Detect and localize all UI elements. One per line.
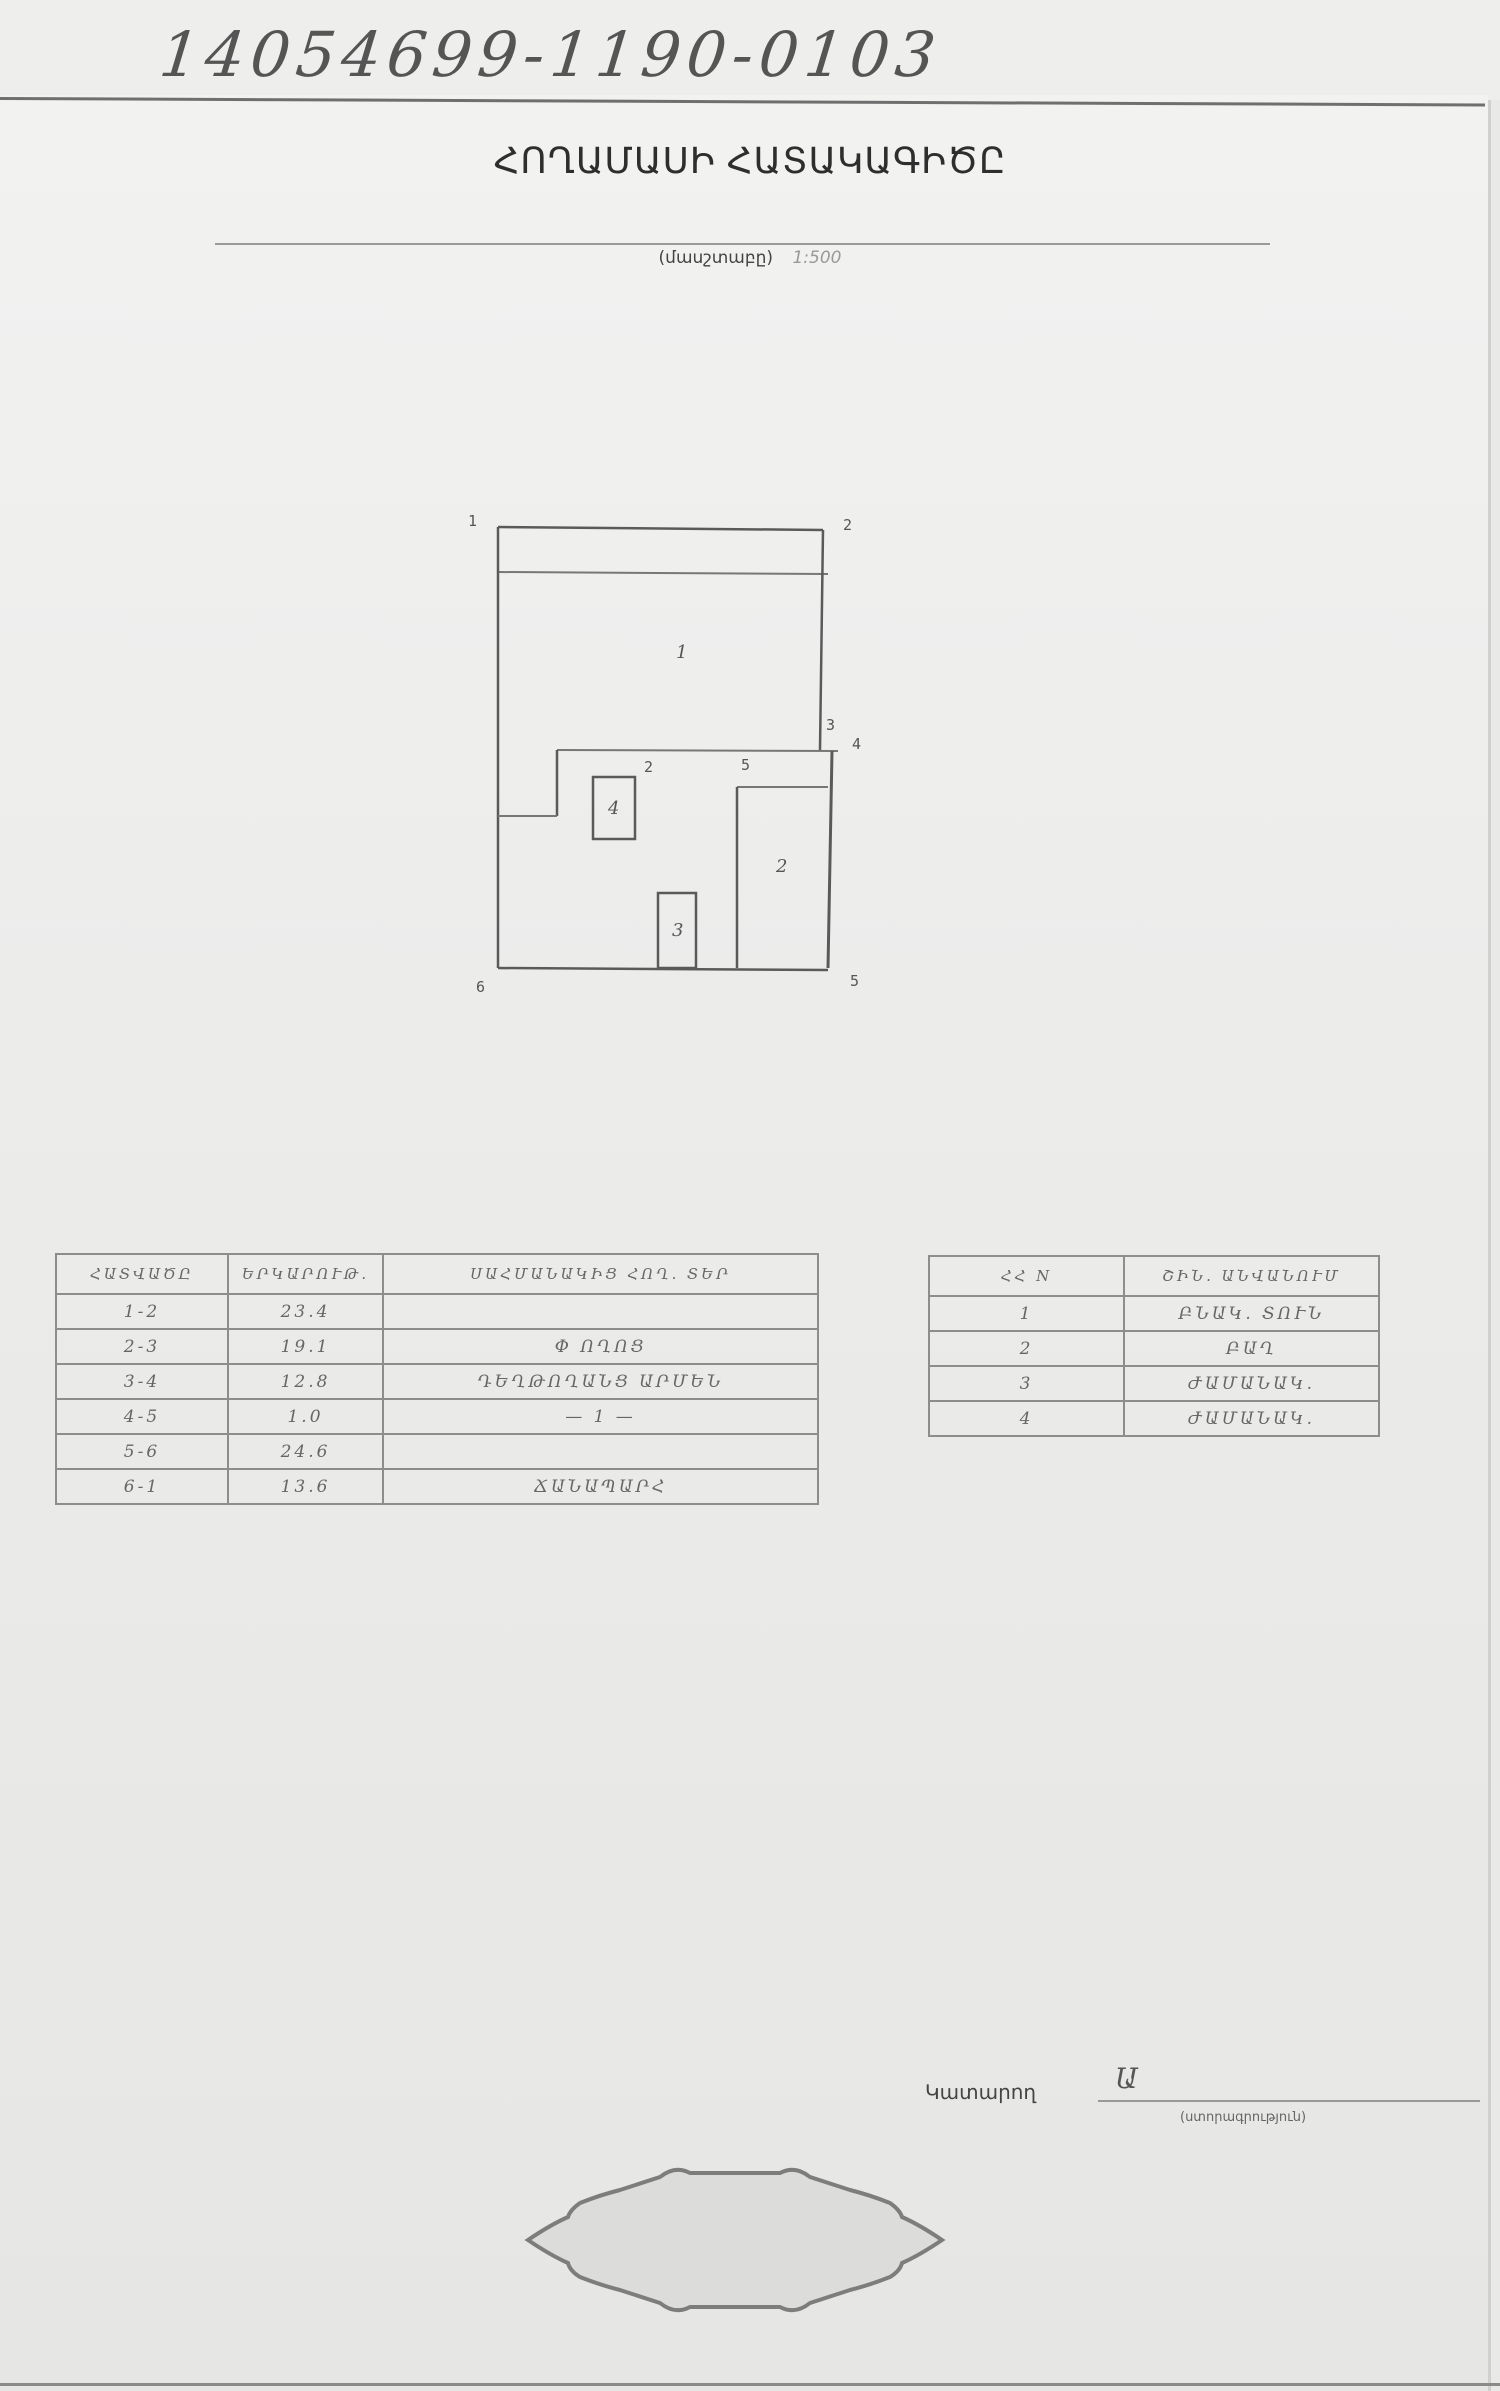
signature-label: Կատարող bbox=[925, 2080, 1036, 2105]
number-cell: 1 bbox=[929, 1296, 1124, 1331]
building-label-3: 3 bbox=[672, 920, 683, 941]
signature-caption: (ստորագրություն) bbox=[1180, 2110, 1306, 2125]
table-row: 3 ԺԱՄԱՆԱԿ. bbox=[929, 1366, 1379, 1401]
table-row: 5-6 24.6 bbox=[56, 1434, 818, 1469]
land-plot-plan: 1 2 3 4 5 6 2 5 1 2 3 4 bbox=[0, 0, 1500, 1100]
neighbor-cell bbox=[383, 1294, 818, 1329]
plan-drawing bbox=[0, 0, 1500, 1100]
table-row: 1 ԲՆԱԿ. ՏՈՒՆ bbox=[929, 1296, 1379, 1331]
length-cell: 23.4 bbox=[228, 1294, 383, 1329]
table-row: 3-4 12.8 ԴԵՂԹՈՂԱՆՑ ԱՐՄԵՆ bbox=[56, 1364, 818, 1399]
number-cell: 2 bbox=[929, 1331, 1124, 1366]
table-row: 2-3 19.1 Փ ՈՂՈՑ bbox=[56, 1329, 818, 1364]
column-header: ՀՀ N bbox=[929, 1256, 1124, 1296]
number-cell: 4 bbox=[929, 1401, 1124, 1436]
column-header: ՇԻՆ. ԱՆՎԱՆՈՒՄ bbox=[1124, 1256, 1379, 1296]
area-label-1: 1 bbox=[676, 642, 687, 663]
table-header-row: ՀԱՏՎԱԾԸ ԵՐԿԱՐՈՒԹ. ՍԱՀՄԱՆԱԿԻՑ ՀՈՂ. ՏԵՐ bbox=[56, 1254, 818, 1294]
segment-cell: 3-4 bbox=[56, 1364, 228, 1399]
neighbor-cell: ԴԵՂԹՈՂԱՆՑ ԱՐՄԵՆ bbox=[383, 1364, 818, 1399]
signature-mark: Ա bbox=[1115, 2062, 1138, 2095]
vertex-label-2: 2 bbox=[843, 516, 852, 534]
building-label-4: 4 bbox=[608, 798, 619, 819]
decorative-stamp-icon bbox=[510, 2155, 960, 2329]
segment-cell: 2-3 bbox=[56, 1329, 228, 1364]
name-cell: ԲՆԱԿ. ՏՈՒՆ bbox=[1124, 1296, 1379, 1331]
boundary-segments-table: ՀԱՏՎԱԾԸ ԵՐԿԱՐՈՒԹ. ՍԱՀՄԱՆԱԿԻՑ ՀՈՂ. ՏԵՐ 1-… bbox=[55, 1253, 819, 1505]
segment-cell: 1-2 bbox=[56, 1294, 228, 1329]
vertex-label-1: 1 bbox=[468, 512, 477, 530]
table-row: 4-5 1.0 — 1 — bbox=[56, 1399, 818, 1434]
length-cell: 19.1 bbox=[228, 1329, 383, 1364]
vertex-label-5: 5 bbox=[850, 972, 859, 990]
segment-cell: 5-6 bbox=[56, 1434, 228, 1469]
inner-point-label: 5 bbox=[741, 756, 750, 774]
length-cell: 12.8 bbox=[228, 1364, 383, 1399]
column-header: ՍԱՀՄԱՆԱԿԻՑ ՀՈՂ. ՏԵՐ bbox=[383, 1254, 818, 1294]
neighbor-cell: Փ ՈՂՈՑ bbox=[383, 1329, 818, 1364]
neighbor-cell bbox=[383, 1434, 818, 1469]
length-cell: 13.6 bbox=[228, 1469, 383, 1504]
length-cell: 24.6 bbox=[228, 1434, 383, 1469]
vertex-label-4: 4 bbox=[852, 735, 861, 753]
neighbor-cell: ՃԱՆԱՊԱՐՀ bbox=[383, 1469, 818, 1504]
name-cell: ԺԱՄԱՆԱԿ. bbox=[1124, 1366, 1379, 1401]
building-label-2: 2 bbox=[776, 856, 787, 877]
column-header: ՀԱՏՎԱԾԸ bbox=[56, 1254, 228, 1294]
table-row: 4 ԺԱՄԱՆԱԿ. bbox=[929, 1401, 1379, 1436]
signature-line bbox=[1098, 2100, 1480, 2102]
column-header: ԵՐԿԱՐՈՒԹ. bbox=[228, 1254, 383, 1294]
buildings-table: ՀՀ N ՇԻՆ. ԱՆՎԱՆՈՒՄ 1 ԲՆԱԿ. ՏՈՒՆ 2 ԲԱՂ 3 … bbox=[928, 1255, 1380, 1437]
name-cell: ԺԱՄԱՆԱԿ. bbox=[1124, 1401, 1379, 1436]
vertex-label-6: 6 bbox=[476, 978, 485, 996]
table-row: 2 ԲԱՂ bbox=[929, 1331, 1379, 1366]
bottom-edge-rule bbox=[0, 2383, 1500, 2386]
segment-cell: 4-5 bbox=[56, 1399, 228, 1434]
neighbor-cell: — 1 — bbox=[383, 1399, 818, 1434]
number-cell: 3 bbox=[929, 1366, 1124, 1401]
length-cell: 1.0 bbox=[228, 1399, 383, 1434]
vertex-label-3: 3 bbox=[826, 716, 835, 734]
name-cell: ԲԱՂ bbox=[1124, 1331, 1379, 1366]
table-row: 1-2 23.4 bbox=[56, 1294, 818, 1329]
table-row: 6-1 13.6 ՃԱՆԱՊԱՐՀ bbox=[56, 1469, 818, 1504]
segment-cell: 6-1 bbox=[56, 1469, 228, 1504]
table-header-row: ՀՀ N ՇԻՆ. ԱՆՎԱՆՈՒՄ bbox=[929, 1256, 1379, 1296]
inner-point-label: 2 bbox=[644, 758, 653, 776]
